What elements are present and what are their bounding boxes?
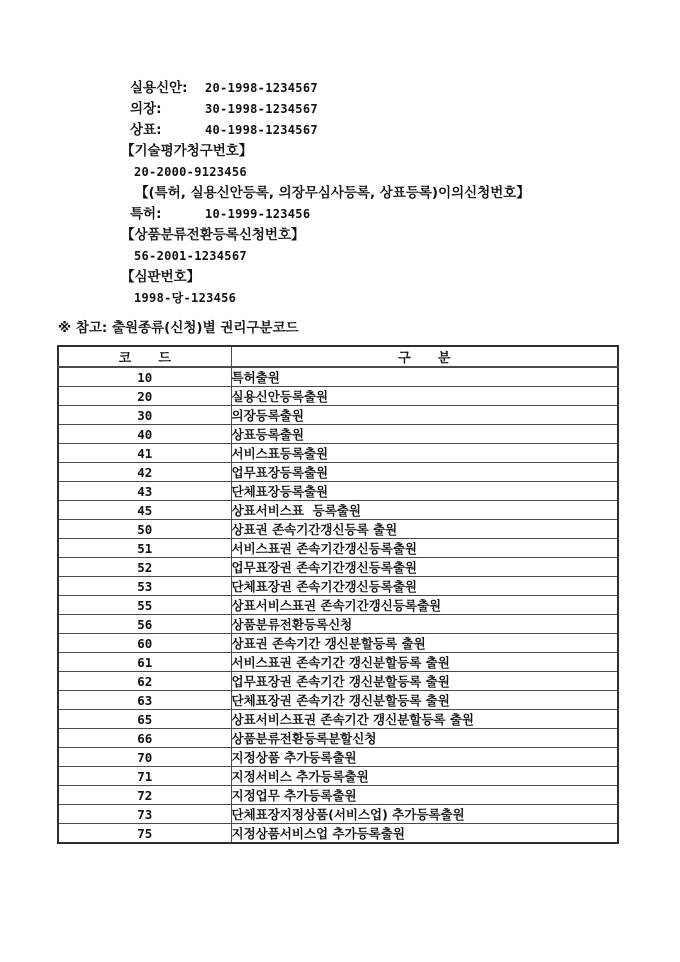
field-label: 의장: [130, 99, 205, 120]
code-cell: 60 [58, 634, 231, 653]
code-cell: 72 [58, 786, 231, 805]
category-cell: 상표권 존속기간 갱신분할등록 출원 [231, 634, 618, 653]
table-row: 42업무표장등록출원 [58, 463, 618, 482]
category-cell: 상표서비스표권 존속기간 갱신분할등록 출원 [231, 710, 618, 729]
code-cell: 55 [58, 596, 231, 615]
code-cell: 61 [58, 653, 231, 672]
category-cell: 상표서비스표 등록출원 [231, 501, 618, 520]
code-cell: 71 [58, 767, 231, 786]
category-cell: 상표서비스표권 존속기간갱신등록출원 [231, 596, 618, 615]
table-row: 71지정서비스 추가등록출원 [58, 767, 618, 786]
table-row: 45상표서비스표 등록출원 [58, 501, 618, 520]
field-line: 【심판번호】 [0, 267, 680, 288]
category-cell: 상표등록출원 [231, 425, 618, 444]
code-cell: 52 [58, 558, 231, 577]
code-cell: 56 [58, 615, 231, 634]
category-cell: 지정업무 추가등록출원 [231, 786, 618, 805]
category-cell: 상표권 존속기간갱신등록 출원 [231, 520, 618, 539]
category-cell: 서비스표등록출원 [231, 444, 618, 463]
category-cell: 실용신안등록출원 [231, 387, 618, 406]
table-row: 30의장등록출원 [58, 406, 618, 425]
field-line: 【상품분류전환등록신청번호】 [0, 225, 680, 246]
table-row: 73단체표장지정상품(서비스업) 추가등록출원 [58, 805, 618, 824]
table-row: 60상표권 존속기간 갱신분할등록 출원 [58, 634, 618, 653]
field-line: 실용신안:20-1998-1234567 [0, 78, 680, 99]
code-cell: 42 [58, 463, 231, 482]
table-header-row: 코 드 구 분 [58, 346, 618, 367]
field-line: 특허:10-1999-123456 [0, 204, 680, 225]
code-cell: 50 [58, 520, 231, 539]
codes-table-body: 10특허출원20실용신안등록출원30의장등록출원40상표등록출원41서비스표등록… [58, 367, 618, 843]
codes-table: 코 드 구 분 10특허출원20실용신안등록출원30의장등록출원40상표등록출원… [57, 345, 619, 844]
table-row: 65상표서비스표권 존속기간 갱신분할등록 출원 [58, 710, 618, 729]
field-value: 10-1999-123456 [205, 207, 310, 221]
category-cell: 상품분류전환등록신청 [231, 615, 618, 634]
category-cell: 업무표장등록출원 [231, 463, 618, 482]
field-line: 【(특허, 실용신안등록, 의장무심사등록, 상표등록)이의신청번호】 [0, 183, 680, 204]
code-cell: 62 [58, 672, 231, 691]
table-row: 20실용신안등록출원 [58, 387, 618, 406]
category-cell: 서비스표권 존속기간 갱신분할등록 출원 [231, 653, 618, 672]
table-row: 72지정업무 추가등록출원 [58, 786, 618, 805]
table-row: 10특허출원 [58, 367, 618, 387]
code-cell: 30 [58, 406, 231, 425]
table-row: 43단체표장등록출원 [58, 482, 618, 501]
table-row: 75지정상품서비스업 추가등록출원 [58, 824, 618, 844]
section-heading: 【(특허, 실용신안등록, 의장무심사등록, 상표등록)이의신청번호】 [135, 185, 530, 201]
field-value: 1998-당-123456 [134, 291, 236, 305]
reference-note: ※ 참고: 출원종류(신청)별 권리구분코드 [58, 318, 299, 339]
code-cell: 65 [58, 710, 231, 729]
code-cell: 10 [58, 367, 231, 387]
field-line: 20-2000-9123456 [0, 162, 680, 183]
field-line: 의장:30-1998-1234567 [0, 99, 680, 120]
code-cell: 40 [58, 425, 231, 444]
code-cell: 41 [58, 444, 231, 463]
code-cell: 63 [58, 691, 231, 710]
table-row: 40상표등록출원 [58, 425, 618, 444]
table-row: 53단체표장권 존속기간갱신등록출원 [58, 577, 618, 596]
category-cell: 지정상품서비스업 추가등록출원 [231, 824, 618, 844]
section-heading: 【심판번호】 [121, 269, 200, 285]
category-column-header: 구 분 [231, 346, 618, 367]
category-cell: 지정상품 추가등록출원 [231, 748, 618, 767]
field-value: 40-1998-1234567 [205, 123, 318, 137]
section-heading: 【기술평가청구번호】 [121, 143, 252, 159]
table-row: 52업무표장권 존속기간갱신등록출원 [58, 558, 618, 577]
table-row: 51서비스표권 존속기간갱신등록출원 [58, 539, 618, 558]
table-row: 62업무표장권 존속기간 갱신분할등록 출원 [58, 672, 618, 691]
field-line: 상표:40-1998-1234567 [0, 120, 680, 141]
table-row: 41서비스표등록출원 [58, 444, 618, 463]
document-page: 실용신안:20-1998-1234567의장:30-1998-1234567상표… [0, 0, 680, 962]
table-row: 66상품분류전환등록분할신청 [58, 729, 618, 748]
table-row: 70지정상품 추가등록출원 [58, 748, 618, 767]
top-fields: 실용신안:20-1998-1234567의장:30-1998-1234567상표… [0, 78, 680, 309]
table-row: 55상표서비스표권 존속기간갱신등록출원 [58, 596, 618, 615]
field-line: 56-2001-1234567 [0, 246, 680, 267]
code-cell: 51 [58, 539, 231, 558]
field-label: 상표: [130, 120, 205, 141]
category-cell: 상품분류전환등록분할신청 [231, 729, 618, 748]
section-heading: 【상품분류전환등록신청번호】 [121, 227, 305, 243]
code-cell: 53 [58, 577, 231, 596]
field-line: 【기술평가청구번호】 [0, 141, 680, 162]
code-cell: 20 [58, 387, 231, 406]
field-label: 실용신안: [130, 78, 205, 99]
code-cell: 73 [58, 805, 231, 824]
category-cell: 서비스표권 존속기간갱신등록출원 [231, 539, 618, 558]
field-value: 20-2000-9123456 [134, 165, 247, 179]
code-cell: 66 [58, 729, 231, 748]
code-cell: 43 [58, 482, 231, 501]
field-value: 30-1998-1234567 [205, 102, 318, 116]
category-cell: 의장등록출원 [231, 406, 618, 425]
category-cell: 단체표장권 존속기간 갱신분할등록 출원 [231, 691, 618, 710]
code-cell: 75 [58, 824, 231, 844]
code-cell: 70 [58, 748, 231, 767]
category-cell: 단체표장등록출원 [231, 482, 618, 501]
field-value: 20-1998-1234567 [205, 81, 318, 95]
category-cell: 단체표장권 존속기간갱신등록출원 [231, 577, 618, 596]
field-line: 1998-당-123456 [0, 288, 680, 309]
table-row: 56상품분류전환등록신청 [58, 615, 618, 634]
category-cell: 단체표장지정상품(서비스업) 추가등록출원 [231, 805, 618, 824]
table-row: 63단체표장권 존속기간 갱신분할등록 출원 [58, 691, 618, 710]
field-value: 56-2001-1234567 [134, 249, 247, 263]
category-cell: 특허출원 [231, 367, 618, 387]
category-cell: 업무표장권 존속기간 갱신분할등록 출원 [231, 672, 618, 691]
category-cell: 지정서비스 추가등록출원 [231, 767, 618, 786]
category-cell: 업무표장권 존속기간갱신등록출원 [231, 558, 618, 577]
field-label: 특허: [130, 204, 205, 225]
code-cell: 45 [58, 501, 231, 520]
table-row: 50상표권 존속기간갱신등록 출원 [58, 520, 618, 539]
table-row: 61서비스표권 존속기간 갱신분할등록 출원 [58, 653, 618, 672]
code-column-header: 코 드 [58, 346, 231, 367]
